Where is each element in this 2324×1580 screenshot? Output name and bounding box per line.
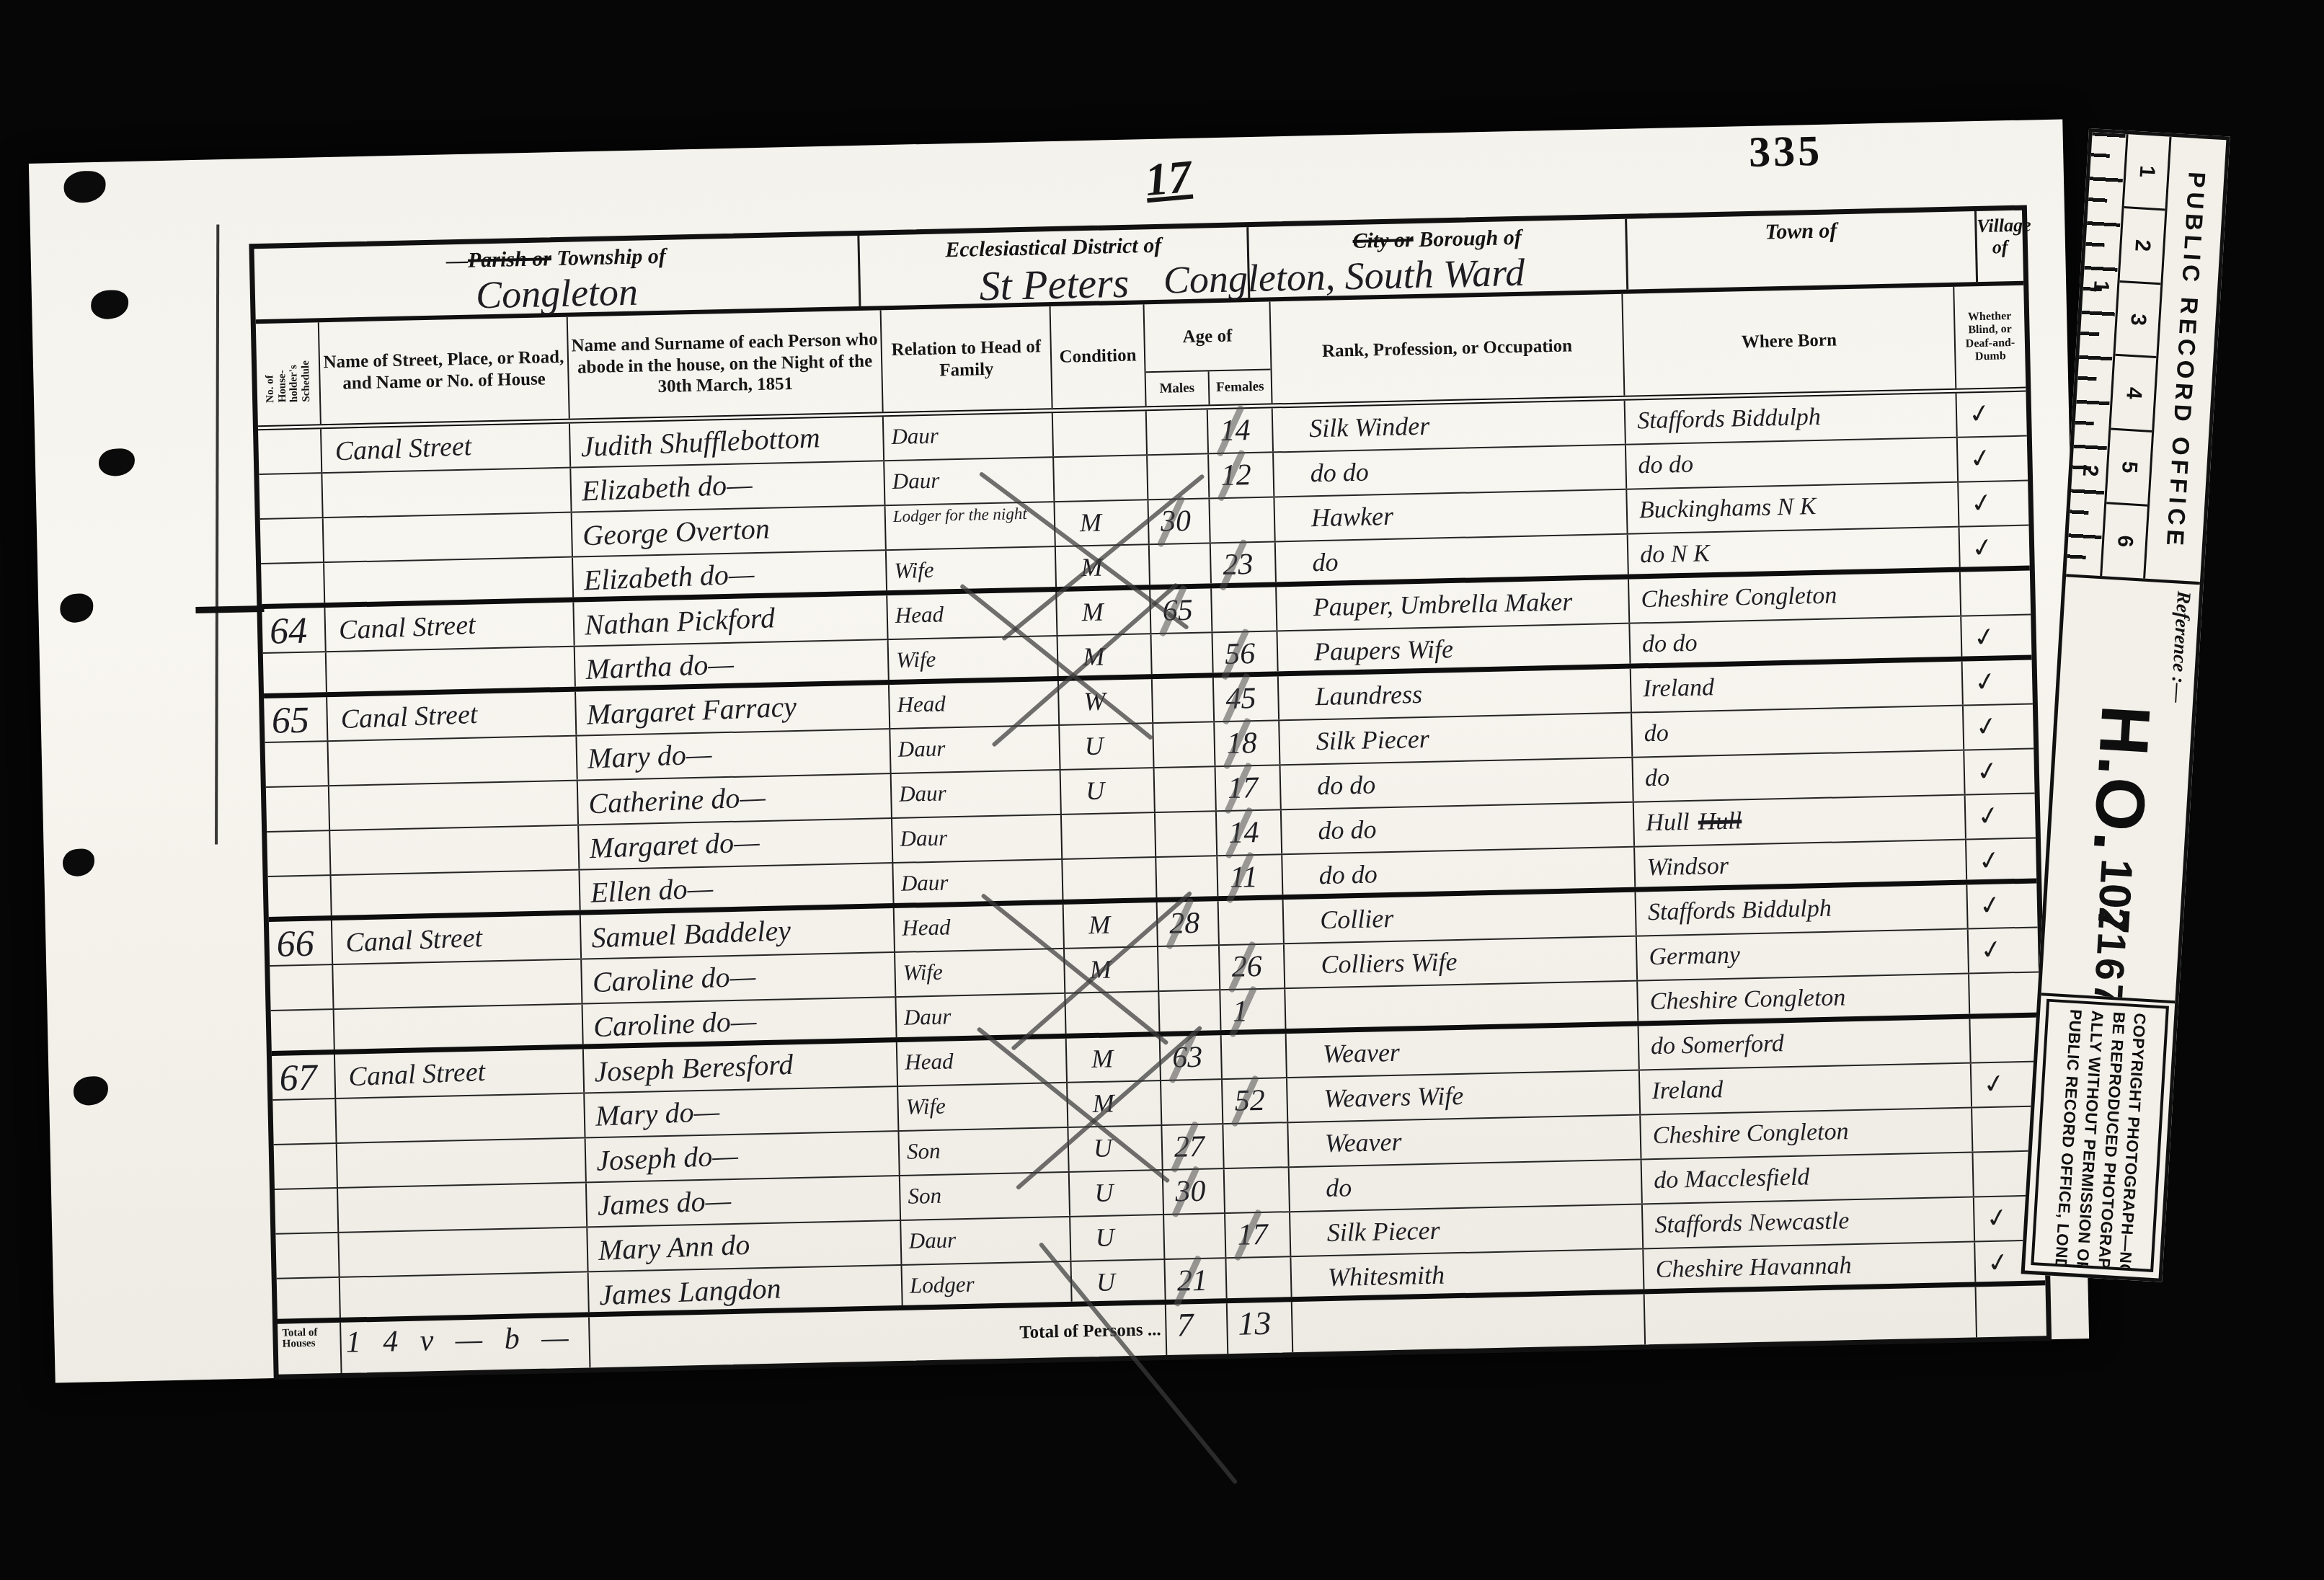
occupation-text: Laundress	[1315, 679, 1423, 711]
age-female-text: 17	[1237, 1217, 1268, 1253]
born-text: Ireland	[1651, 1076, 1724, 1105]
name-cell: Mary do—	[577, 729, 891, 779]
street-cell: Canal Street	[335, 1049, 585, 1098]
age-female-cell: 14	[1217, 810, 1282, 855]
total-houses-label-cell: Total of Houses	[278, 1323, 342, 1375]
age-female-text: 12	[1220, 458, 1251, 493]
punch-hole	[63, 848, 95, 876]
born-text: do Somerford	[1651, 1030, 1785, 1060]
ruler-inch-number: 2	[2077, 464, 2103, 478]
occupation-text: Hawker	[1311, 501, 1394, 533]
schedule-number-cell	[275, 1189, 339, 1233]
street-cell	[332, 871, 581, 916]
street-cell	[336, 1093, 585, 1142]
born-cell: do do	[1630, 617, 1962, 664]
blind-cell	[1969, 972, 2039, 1013]
age-female-text: 14	[1220, 413, 1251, 448]
check-mark: ✓	[1973, 710, 2000, 743]
occupation-cell: Weavers Wife	[1287, 1071, 1641, 1122]
street-cell	[340, 1272, 590, 1318]
schedule-number-cell	[272, 1099, 337, 1144]
age-male-text: 28	[1169, 906, 1200, 941]
condition-text: U	[1086, 776, 1105, 807]
occupation-text: Whitesmith	[1328, 1260, 1445, 1293]
folio-number: 335	[1748, 126, 1822, 177]
relation-cell: Daur	[884, 458, 1055, 505]
relation-text: Daur	[901, 869, 949, 896]
age-female-cell	[1219, 900, 1285, 944]
relation-cell: Head	[887, 592, 1057, 639]
relation-cell: Daur	[890, 726, 1060, 773]
check-mark: ✓	[1978, 933, 2005, 967]
schedule-number-cell	[270, 965, 334, 1010]
col-condition: Condition	[1051, 304, 1147, 408]
punch-hole	[60, 593, 94, 623]
occupation-cell: Whitesmith	[1291, 1249, 1644, 1297]
condition-text: U	[1084, 731, 1104, 762]
name-cell: Ellen do—	[580, 864, 894, 910]
schedule-number-cell	[263, 652, 327, 693]
born-cell: Ireland	[1631, 662, 1964, 712]
schedule-number-cell	[260, 518, 324, 563]
ink-smear	[195, 605, 264, 613]
blind-cell: ✓	[1959, 481, 2028, 526]
occupation-cell: Paupers Wife	[1277, 624, 1631, 672]
age-female-cell: 18	[1215, 721, 1280, 765]
name-text: Joseph do—	[595, 1138, 738, 1178]
born-cell: do do	[1626, 438, 1959, 489]
name-cell: Martha do—	[575, 640, 890, 686]
street-text: Canal Street	[345, 922, 483, 959]
ruler-cm-number: 4	[2121, 386, 2146, 400]
relation-cell: Lodger	[902, 1262, 1073, 1305]
schedule-number-text: 67	[279, 1057, 317, 1100]
handwritten-page-number: 17	[1143, 150, 1194, 208]
born-text: do	[1644, 720, 1669, 748]
age-female-cell: 17	[1216, 765, 1282, 810]
relation-cell: Head	[890, 681, 1060, 728]
schedule-number-cell	[266, 786, 330, 831]
blind-cell: ✓	[1964, 749, 2034, 794]
condition-text: U	[1094, 1133, 1113, 1164]
age-female-cell: 52	[1223, 1078, 1288, 1123]
name-text: Samuel Baddeley	[591, 913, 791, 955]
copyright-box: COPYRIGHT PHOTOGRAPH—NOT TOBE REPRODUCED…	[2031, 999, 2169, 1272]
city-borough-label: City or Borough of	[1352, 226, 1522, 253]
schedule-number-cell	[274, 1144, 338, 1189]
relation-text: Daur	[908, 1227, 956, 1253]
occupation-text: Pauper, Umbrella Maker	[1313, 586, 1572, 622]
ruler-cm-number: 5	[2116, 461, 2142, 474]
age-female-cell: 26	[1220, 944, 1285, 989]
photo-background: 17 335 —Parish or Township of Congleton …	[0, 0, 2324, 1580]
check-mark: ✓	[1966, 397, 1993, 430]
relation-text: Wife	[905, 1093, 946, 1120]
age-male-text: 30	[1161, 504, 1192, 539]
age-female-text: 26	[1231, 949, 1262, 985]
age-female-cell: 23	[1211, 542, 1277, 583]
check-mark: ✓	[1972, 621, 1998, 654]
relation-cell: Head	[895, 905, 1065, 951]
occupation-text: do do	[1318, 814, 1377, 846]
relation-cell: Daur	[884, 413, 1054, 460]
condition-cell: U	[1070, 1171, 1164, 1216]
occupation-cell: Weaver	[1288, 1116, 1641, 1167]
check-mark: ✓	[1977, 889, 2004, 922]
col-age-females: Females	[1209, 370, 1271, 404]
punch-hole	[99, 448, 136, 476]
village-cell: Village of	[1977, 210, 2023, 282]
name-cell: Nathan Pickford	[574, 595, 888, 645]
name-cell: Samuel Baddeley	[581, 908, 895, 958]
condition-text: U	[1095, 1222, 1114, 1253]
age-female-text: 11	[1229, 860, 1258, 895]
blind-cell	[1970, 1017, 2040, 1062]
schedule-number-text: 65	[271, 699, 309, 742]
name-text: Mary do—	[595, 1094, 720, 1133]
name-cell: James Langdon	[589, 1266, 903, 1312]
name-text: Judith Shufflebottom	[580, 420, 821, 463]
age-male-cell: 28	[1158, 901, 1220, 946]
age-female-text: 1	[1232, 994, 1248, 1029]
born-cell: Germany	[1637, 930, 1969, 980]
name-cell: Judith Shufflebottom	[570, 417, 884, 466]
condition-text: M	[1089, 954, 1112, 985]
relation-cell: Wife	[887, 547, 1057, 590]
born-cell: Staffords Biddulph	[1636, 885, 1968, 936]
ruler-cm-number: 3	[2125, 313, 2150, 327]
schedule-number-cell	[267, 831, 331, 876]
occupation-text: Silk Winder	[1309, 411, 1430, 444]
condition-cell: M	[1057, 590, 1151, 635]
age-female-text: 17	[1228, 771, 1259, 806]
occupation-text: Silk Piecer	[1316, 724, 1429, 756]
name-cell: Joseph Beresford	[584, 1042, 898, 1092]
occupation-cell: Colliers Wife	[1285, 937, 1638, 988]
occupation-text: Colliers Wife	[1321, 946, 1458, 980]
age-female-cell: 45	[1214, 676, 1279, 721]
age-male-text: 63	[1172, 1040, 1203, 1075]
relation-text: Head	[897, 691, 946, 717]
street-cell: Canal Street	[327, 692, 577, 741]
condition-cell: M	[1055, 500, 1149, 546]
occupation-text: do	[1326, 1172, 1352, 1203]
relation-text: Son	[908, 1183, 941, 1210]
street-cell	[328, 737, 577, 786]
age-female-cell: 12	[1209, 453, 1274, 497]
relation-text: Lodger	[910, 1271, 975, 1299]
age-male-cell: 30	[1148, 499, 1210, 543]
condition-cell: M	[1068, 1081, 1162, 1127]
occupation-cell: do do	[1281, 758, 1634, 809]
name-cell: George Overton	[572, 506, 887, 556]
check-mark: ✓	[1972, 665, 1999, 698]
age-male-cell	[1150, 543, 1212, 585]
born-cell: HullHull	[1634, 796, 1966, 846]
blind-cell: ✓	[1961, 616, 2031, 657]
name-cell: Joseph do—	[586, 1132, 900, 1181]
relation-cell: Daur	[901, 1217, 1071, 1264]
relation-cell: Daur	[893, 860, 1063, 903]
condition-cell: U	[1060, 724, 1154, 769]
occupation-cell: Silk Winder	[1273, 401, 1626, 452]
condition-text: U	[1094, 1178, 1114, 1209]
born-text: Germany	[1649, 941, 1740, 971]
condition-cell: W	[1059, 679, 1153, 724]
reference-block: Reference :— H.O. 107 2167	[2041, 577, 2200, 1003]
blind-cell: ✓	[1966, 794, 2036, 838]
relation-cell: Son	[899, 1128, 1069, 1175]
ruler-cm-cell: 3	[2115, 283, 2160, 359]
name-text: Mary Ann do	[598, 1228, 750, 1267]
parish-cell: —Parish or Township of Congleton	[254, 236, 861, 319]
parish-label: —Parish or Township of	[446, 244, 666, 273]
ruler-cm-number: 1	[2134, 164, 2160, 178]
age-female-text: 45	[1225, 681, 1256, 716]
name-text: George Overton	[582, 511, 770, 552]
check-mark: ✓	[1969, 487, 1995, 520]
street-cell	[324, 513, 573, 562]
street-cell	[337, 1138, 587, 1187]
relation-cell: Lodger for the night	[886, 502, 1056, 549]
relation-text: Daur	[900, 825, 947, 851]
name-cell: Mary Ann do	[587, 1221, 902, 1271]
relation-cell: Daur	[892, 771, 1062, 817]
name-text: Ellen do—	[590, 871, 714, 910]
schedule-number-cell	[271, 1010, 335, 1051]
age-male-cell	[1153, 722, 1215, 767]
name-cell: James do—	[587, 1176, 901, 1226]
born-text: do do	[1638, 451, 1693, 480]
age-female-text: 14	[1228, 815, 1259, 851]
name-text: Margaret Farracy	[586, 689, 797, 731]
ruler-cm-cell: 6	[2102, 504, 2147, 578]
ruler: 1 2 123456 PUBLIC RECORD OFFICE	[2066, 132, 2226, 585]
age-female-text: 23	[1223, 547, 1254, 582]
age-male-cell: 65	[1150, 588, 1212, 633]
occupation-cell: do do	[1282, 803, 1635, 854]
occupation-text: do	[1312, 546, 1339, 577]
age-male-cell	[1161, 1080, 1223, 1124]
age-female-cell	[1222, 1034, 1287, 1078]
name-cell: Margaret Farracy	[576, 685, 890, 734]
street-cell	[333, 960, 582, 1009]
relation-cell: Wife	[898, 1083, 1068, 1130]
town-cell: Town of	[1627, 211, 1978, 290]
schedule-number-cell	[259, 474, 323, 518]
condition-cell	[1053, 411, 1148, 456]
col-born: Where Born	[1623, 287, 1956, 396]
condition-text: M	[1088, 910, 1111, 941]
schedule-number-cell	[275, 1233, 340, 1278]
occupation-text: Paupers Wife	[1314, 634, 1454, 667]
age-male-cell	[1156, 812, 1218, 856]
born-cell: do	[1632, 706, 1964, 757]
age-female-cell	[1226, 1257, 1292, 1298]
ruler-cm-cell: 1	[2124, 134, 2170, 210]
occupation-cell: do	[1276, 535, 1629, 582]
name-text: Mary do—	[587, 737, 712, 776]
occupation-text: Collier	[1320, 903, 1394, 935]
born-text: Cheshire Congleton	[1641, 582, 1837, 613]
punch-hole	[63, 171, 106, 203]
ruler-cm-cell: 5	[2106, 430, 2152, 507]
condition-text: W	[1083, 686, 1106, 717]
age-male-text: 65	[1162, 593, 1193, 629]
col-street: Name of Street, Place, or Road, and Name…	[319, 317, 570, 424]
age-female-cell: 11	[1218, 855, 1283, 896]
blind-cell: ✓	[1969, 928, 2039, 972]
occupation-text: do do	[1318, 858, 1378, 890]
table-rows: Canal StreetJudith ShufflebottomDaur14Si…	[258, 392, 2045, 1324]
born-text: Staffords Biddulph	[1648, 895, 1832, 927]
schedule-number-text: 64	[269, 610, 307, 653]
occupation-cell: do	[1290, 1160, 1643, 1211]
born-cell: Ireland	[1640, 1063, 1972, 1114]
born-text: Ireland	[1643, 674, 1715, 703]
blind-cell: ✓	[1966, 838, 2036, 879]
condition-cell: M	[1067, 1037, 1161, 1082]
relation-text: Son	[907, 1138, 941, 1165]
name-text: James Langdon	[598, 1271, 781, 1312]
street-cell: Canal Street	[321, 424, 571, 473]
born-text: do do	[1642, 630, 1698, 659]
check-mark: ✓	[1976, 844, 2003, 877]
check-mark: ✓	[1967, 442, 1994, 475]
name-text: Catherine do—	[588, 780, 766, 821]
ecclesiastical-district-label: Ecclesiastical District of	[945, 234, 1162, 262]
born-cell: do Somerford	[1639, 1019, 1972, 1070]
schedule-number-cell: 65	[264, 697, 328, 742]
occupation-text: Weaver	[1323, 1037, 1401, 1069]
census-page: 17 335 —Parish or Township of Congleton …	[29, 119, 2089, 1382]
street-text: Canal Street	[334, 430, 472, 467]
age-male-text: 21	[1177, 1264, 1208, 1299]
check-mark: ✓	[1981, 1068, 2008, 1101]
relation-cell: Wife	[889, 636, 1059, 680]
occupation-text: Weaver	[1324, 1127, 1402, 1158]
relation-text: Wife	[902, 959, 943, 986]
street-text: Canal Street	[340, 698, 478, 735]
occupation-cell: Collier	[1284, 892, 1637, 944]
relation-text: Daur	[892, 468, 939, 494]
condition-cell: U	[1061, 768, 1156, 814]
born-cell: do N K	[1628, 528, 1961, 574]
totals-spacer-occ	[1292, 1294, 1646, 1352]
age-female-cell	[1223, 1123, 1289, 1168]
relation-cell: Son	[900, 1173, 1070, 1220]
relation-cell: Daur	[896, 994, 1066, 1037]
name-cell: Caroline do—	[582, 953, 896, 1003]
condition-cell: U	[1070, 1215, 1165, 1261]
occupation-cell: Weaver	[1287, 1026, 1640, 1078]
street-cell	[322, 469, 572, 518]
name-cell: Catherine do—	[578, 774, 892, 824]
relation-text: Head	[895, 601, 944, 628]
relation-text: Daur	[891, 423, 939, 450]
village-label: Village of	[1977, 214, 2031, 257]
born-text: HullHull	[1646, 807, 1742, 837]
col-age: Age of Males Females	[1145, 301, 1273, 406]
street-cell	[339, 1228, 588, 1277]
street-cell	[324, 558, 574, 603]
street-cell	[330, 826, 580, 875]
relation-cell: Wife	[895, 949, 1065, 996]
name-cell: Elizabeth do—	[573, 551, 887, 597]
condition-cell	[1054, 456, 1148, 501]
ruler-inch-number: 1	[2088, 280, 2114, 293]
relation-text: Daur	[904, 1003, 952, 1030]
name-cell: Margaret do—	[579, 819, 893, 869]
street-cell	[329, 781, 579, 830]
age-male-cell: 30	[1163, 1169, 1225, 1214]
age-male-cell	[1159, 990, 1221, 1031]
relation-text: Wife	[894, 557, 934, 584]
struck-out-text: Hull	[1698, 807, 1742, 835]
relation-text: Head	[905, 1048, 954, 1075]
born-text: Cheshire Congleton	[1649, 984, 1845, 1016]
town-label: Town of	[1765, 218, 1837, 244]
reference-label: Reference :—	[2166, 590, 2195, 704]
relation-cell: Daur	[892, 815, 1063, 862]
condition-text: M	[1080, 507, 1102, 538]
schedule-number-cell	[268, 876, 332, 917]
reference-dept: H.O.	[2083, 704, 2160, 856]
age-male-cell: 27	[1162, 1124, 1224, 1169]
col-relation: Relation to Head of Family	[882, 306, 1053, 412]
occupation-cell: do do	[1282, 848, 1636, 895]
ruler-cm-cell: 4	[2111, 356, 2156, 432]
condition-cell: M	[1058, 634, 1153, 676]
relation-cell: Head	[897, 1039, 1068, 1086]
street-text: Canal Street	[338, 609, 476, 646]
blind-cell	[1961, 571, 2031, 616]
condition-text: M	[1091, 1043, 1114, 1074]
occupation-text: Weavers Wife	[1323, 1080, 1463, 1114]
blind-cell: ✓	[1956, 392, 2026, 437]
condition-cell	[1063, 858, 1157, 900]
age-male-cell	[1153, 678, 1215, 722]
occupation-cell: Silk Piecer	[1290, 1204, 1644, 1256]
col-name: Name and Surname of each Person who abod…	[568, 310, 884, 418]
age-male-cell	[1164, 1214, 1226, 1259]
blind-cell: ✓	[1960, 526, 2030, 567]
condition-cell: M	[1064, 902, 1158, 948]
age-female-cell: 17	[1225, 1212, 1291, 1257]
relation-text: Daur	[898, 735, 946, 762]
schedule-number-cell: 66	[269, 920, 333, 965]
born-text: Staffords Newcastle	[1654, 1207, 1850, 1239]
occupation-cell: Laundress	[1279, 669, 1632, 720]
born-cell: Cheshire Congleton	[1629, 572, 1961, 623]
age-male-cell: 63	[1161, 1035, 1223, 1080]
blind-cell: ✓	[1967, 883, 2037, 928]
relation-text: Daur	[899, 780, 946, 807]
total-males-cell: 7	[1166, 1303, 1229, 1355]
census-table: —Parish or Township of Congleton Ecclesi…	[249, 205, 2052, 1380]
age-female-cell	[1210, 497, 1275, 542]
col-schedule: No. of House-holder's Schedule	[256, 322, 321, 425]
occupation-text: do do	[1310, 457, 1369, 489]
name-text: Caroline do—	[592, 959, 756, 999]
born-cell: Cheshire Congleton	[1638, 975, 1970, 1021]
check-mark: ✓	[1974, 755, 2001, 788]
adjacent-page-edge	[215, 224, 219, 844]
born-text: do N K	[1640, 540, 1710, 569]
condition-text: M	[1081, 552, 1103, 583]
age-female-cell	[1212, 587, 1277, 631]
occupation-cell: Hawker	[1274, 490, 1628, 541]
